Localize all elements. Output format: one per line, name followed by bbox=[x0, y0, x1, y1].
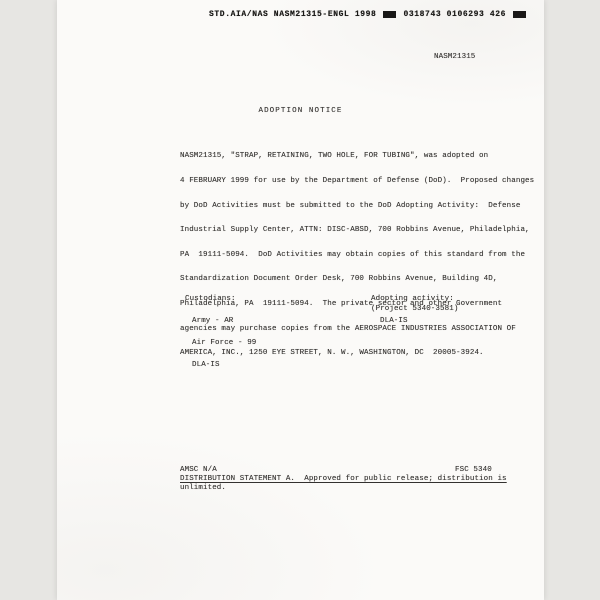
adopting-activity-heading: Adopting activity: bbox=[371, 296, 454, 303]
paragraph-line: PA 19111-5094. DoD Activities may obtain… bbox=[180, 251, 534, 259]
distribution-statement-line1: DISTRIBUTION STATEMENT A. Approved for p… bbox=[180, 475, 507, 483]
fsc-label: FSC 5340 bbox=[455, 466, 492, 474]
paragraph-line: NASM21315, "STRAP, RETAINING, TWO HOLE, … bbox=[180, 152, 534, 160]
custodians-heading: Custodians: bbox=[185, 296, 256, 303]
custodian-item: Army - AR bbox=[185, 318, 256, 325]
scan-header-left-text: STD.AIA/NAS NASM21315-ENGL 1998 bbox=[209, 10, 376, 19]
scan-header-right-text: 0318743 0106293 426 bbox=[403, 10, 506, 19]
paragraph-line: by DoD Activities must be submitted to t… bbox=[180, 202, 534, 210]
document-number: NASM21315 bbox=[434, 53, 475, 61]
barcode-block-icon bbox=[513, 11, 526, 18]
custodians-block: Custodians: Army - AR Air Force - 99 DLA… bbox=[185, 281, 256, 385]
scanned-document-canvas: STD.AIA/NAS NASM21315-ENGL 1998 0318743 … bbox=[0, 0, 600, 600]
custodian-item: DLA-IS bbox=[185, 362, 256, 369]
amsc-label: AMSC N/A bbox=[180, 466, 217, 474]
page-title: ADOPTION NOTICE bbox=[57, 107, 544, 115]
document-page: STD.AIA/NAS NASM21315-ENGL 1998 0318743 … bbox=[57, 0, 544, 600]
project-number: (Project 5340-3581) bbox=[371, 305, 458, 313]
distribution-statement-line2: unlimited. bbox=[180, 484, 226, 492]
paragraph-line: Industrial Supply Center, ATTN: DISC-ABS… bbox=[180, 226, 534, 234]
scan-header-line: STD.AIA/NAS NASM21315-ENGL 1998 0318743 … bbox=[209, 10, 526, 19]
paragraph-line: 4 FEBRUARY 1999 for use by the Departmen… bbox=[180, 177, 534, 185]
adopting-activity-value: DLA-IS bbox=[371, 318, 454, 325]
custodian-item: Air Force - 99 bbox=[185, 340, 256, 347]
barcode-block-icon bbox=[383, 11, 396, 18]
